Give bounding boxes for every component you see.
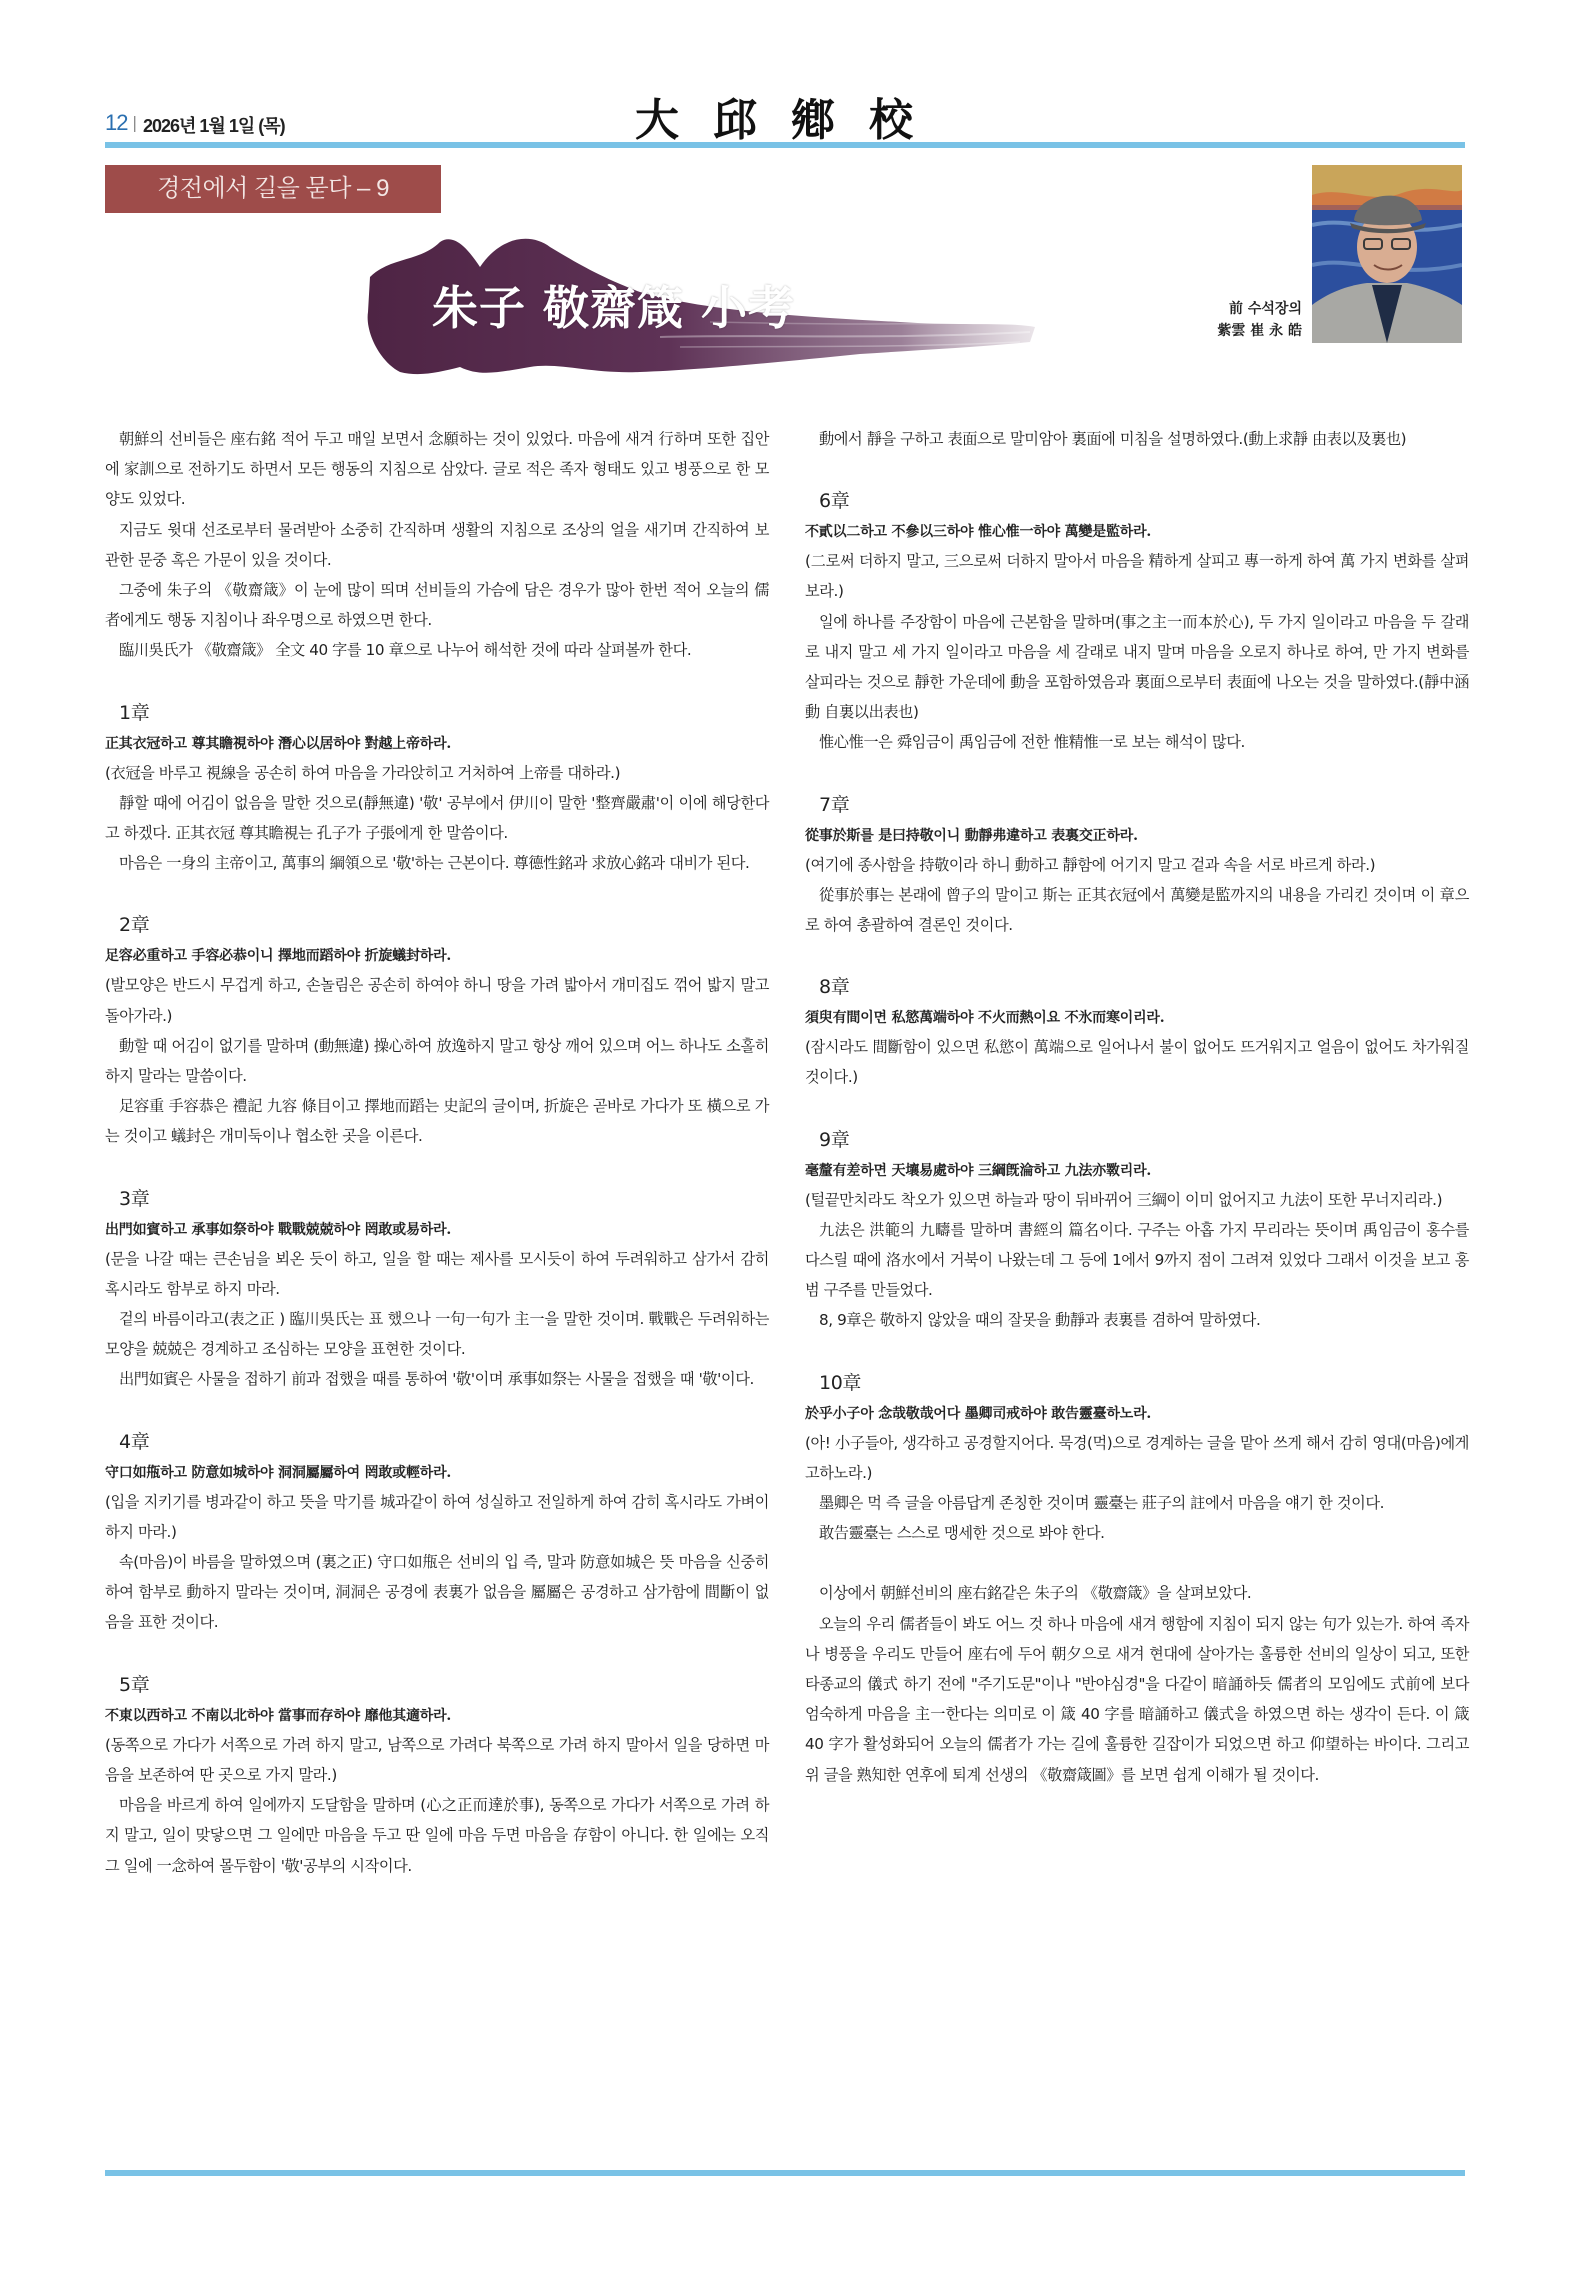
chapter-title: 2章 [105, 908, 769, 942]
chapter-translation: (문을 나갈 때는 큰손님을 뵈온 듯이 하고, 일을 할 때는 제사를 모시듯… [105, 1244, 769, 1304]
chapter-commentary: 일에 하나를 주장함이 마음에 근본함을 말하며(事之主一而本於心), 두 가지… [805, 607, 1469, 728]
chapter-verse: 正其衣冠하고 尊其瞻視하야 潛心以居하야 對越上帝하라. [105, 730, 769, 758]
author-name: 紫雲 崔 永 皓 [1217, 320, 1302, 342]
issue-date: 2026년 1월 1일 (목) [143, 112, 285, 138]
article-title: 朱子 敬齋箴 小考 [432, 272, 795, 338]
chapter-translation: (잠시라도 間斷함이 있으면 私慾이 萬端으로 일어나서 불이 없어도 뜨거워지… [805, 1032, 1469, 1092]
chapter-2: 2章 足容必重하고 手容必恭이니 擇地而蹈하야 折旋蟻封하라. (발모양은 반드… [105, 908, 769, 1151]
masthead: 12 | 2026년 1월 1일 (목) 大邱鄕校 [105, 82, 1465, 142]
article-column-right: 動에서 靜을 구하고 表面으로 말미암아 裏面에 미침을 설명하였다.(動上求靜… [805, 424, 1469, 1790]
chapter-commentary: 敢告靈臺는 스스로 맹세한 것으로 봐야 한다. [805, 1518, 1469, 1548]
chapter-title: 9章 [805, 1123, 1469, 1157]
chapter-5: 5章 不東以西하고 不南以北하야 當事而存하야 靡他其適하라. (동쪽으로 가다… [105, 1668, 769, 1881]
chapter-verse: 毫釐有差하면 天壤易處하야 三綱旣淪하고 九法亦斁리라. [805, 1157, 1469, 1185]
chapter-title: 7章 [805, 788, 1469, 822]
chapter-commentary: 墨卿은 먹 즉 글을 아름답게 존칭한 것이며 靈臺는 莊子의 註에서 마음을 … [805, 1488, 1469, 1518]
chapter-verse: 足容必重하고 手容必恭이니 擇地而蹈하야 折旋蟻封하라. [105, 942, 769, 970]
chapter-commentary: 속(마음)이 바름을 말하였으며 (裏之正) 守口如甁은 선비의 입 즉, 말과… [105, 1547, 769, 1638]
chapter-7: 7章 從事於斯를 是曰持敬이니 動靜弗違하고 表裏交正하라. (여기에 종사함을… [805, 788, 1469, 941]
chapter-translation: (입을 지키기를 병과같이 하고 뜻을 막기를 城과같이 하여 성실하고 전일하… [105, 1487, 769, 1547]
chapter-commentary: 出門如賓은 사물을 접하기 前과 접했을 때를 통하여 '敬'이며 承事如祭는 … [105, 1364, 769, 1394]
intro-paragraph: 지금도 윗대 선조로부터 물려받아 소중히 간직하며 생활의 지침으로 조상의 … [105, 515, 769, 575]
chapter-translation: (아! 小子들아, 생각하고 공경할지어다. 묵경(먹)으로 경계하는 글을 맡… [805, 1428, 1469, 1488]
chapter-translation: (여기에 종사함을 持敬이라 하니 動하고 靜함에 어기지 말고 겉과 속을 서… [805, 850, 1469, 880]
chapter-3: 3章 出門如賓하고 承事如祭하야 戰戰兢兢하야 罔敢或易하라. (문을 나갈 때… [105, 1182, 769, 1395]
chapter-title: 1章 [105, 696, 769, 730]
chapter-verse: 從事於斯를 是曰持敬이니 動靜弗違하고 表裏交正하라. [805, 822, 1469, 850]
page-separator: | [132, 113, 137, 132]
author-photo [1312, 165, 1462, 343]
chapter-commentary: 마음은 一身의 主帝이고, 萬事의 綱領으로 '敬'하는 근본이다. 尊德性銘과… [105, 848, 769, 878]
chapter-translation: (동쪽으로 가다가 서쪽으로 가려 하지 말고, 남쪽으로 가려다 북쪽으로 가… [105, 1730, 769, 1790]
chapter-title: 6章 [805, 484, 1469, 518]
chapter-commentary: 마음을 바르게 하여 일에까지 도달함을 말하며 (心之正而達於事), 동쪽으로… [105, 1790, 769, 1881]
chapter-8: 8章 須臾有間이면 私慾萬端하야 不火而熱이요 不氷而寒이리라. (잠시라도 間… [805, 970, 1469, 1092]
chapter-commentary: 動할 때 어김이 없기를 말하며 (動無違) 操心하여 放逸하지 말고 항상 깨… [105, 1031, 769, 1091]
footer-rule [105, 2170, 1465, 2176]
chapter-1: 1章 正其衣冠하고 尊其瞻視하야 潛心以居하야 對越上帝하라. (衣冠을 바루고… [105, 696, 769, 879]
byline: 前 수석장의 紫雲 崔 永 皓 [1217, 298, 1302, 342]
chapter-commentary: 九法은 洪範의 九疇를 말하며 書經의 篇名이다. 구주는 아홉 가지 무리라는… [805, 1215, 1469, 1306]
chapter-commentary: 惟心惟一은 舜임금이 禹임금에 전한 惟精惟一로 보는 해석이 많다. [805, 727, 1469, 757]
chapter-commentary: 動에서 靜을 구하고 表面으로 말미암아 裏面에 미침을 설명하였다.(動上求靜… [805, 424, 1469, 454]
chapter-translation: (털끝만치라도 착오가 있으면 하늘과 땅이 뒤바뀌어 三綱이 이미 없어지고 … [805, 1185, 1469, 1215]
page-number: 12 [105, 110, 127, 136]
intro-paragraph: 臨川吳氏가 《敬齋箴》 全文 40 字를 10 章으로 나누어 해석한 것에 따… [105, 635, 769, 665]
chapter-translation: (二로써 더하지 말고, 三으로써 더하지 말아서 마음을 精하게 살피고 專一… [805, 546, 1469, 606]
newspaper-name: 大邱鄕校 [635, 84, 947, 148]
spacer [805, 1548, 1469, 1578]
series-tag: 경전에서 길을 묻다 – 9 [105, 165, 441, 213]
chapter-verse: 於乎小子아 念哉敬哉어다 墨卿司戒하야 敢告靈臺하노라. [805, 1400, 1469, 1428]
intro-paragraph: 그중에 朱子의 《敬齋箴》이 눈에 많이 띄며 선비들의 가슴에 담은 경우가 … [105, 575, 769, 635]
chapter-10: 10章 於乎小子아 念哉敬哉어다 墨卿司戒하야 敢告靈臺하노라. (아! 小子들… [805, 1366, 1469, 1549]
chapter-4: 4章 守口如甁하고 防意如城하야 洞洞屬屬하여 罔敢或輕하라. (입을 지키기를… [105, 1425, 769, 1638]
chapter-title: 3章 [105, 1182, 769, 1216]
chapter-verse: 不貳以二하고 不參以三하야 惟心惟一하야 萬變是監하라. [805, 518, 1469, 546]
chapter-translation: (발모양은 반드시 무겁게 하고, 손놀림은 공손히 하여야 하니 땅을 가려 … [105, 970, 769, 1030]
chapter-title: 4章 [105, 1425, 769, 1459]
author-role: 前 수석장의 [1217, 298, 1302, 320]
chapter-verse: 須臾有間이면 私慾萬端하야 不火而熱이요 不氷而寒이리라. [805, 1004, 1469, 1032]
article-column-left: 朝鮮의 선비들은 座右銘 적어 두고 매일 보면서 念願하는 것이 있었다. 마… [105, 424, 769, 1881]
chapter-verse: 守口如甁하고 防意如城하야 洞洞屬屬하여 罔敢或輕하라. [105, 1459, 769, 1487]
chapter-9: 9章 毫釐有差하면 天壤易處하야 三綱旣淪하고 九法亦斁리라. (털끝만치라도 … [805, 1123, 1469, 1336]
chapter-commentary: 從事於事는 본래에 曾子의 말이고 斯는 正其衣冠에서 萬變是監까지의 내용을 … [805, 880, 1469, 940]
chapter-translation: (衣冠을 바루고 視線을 공손히 하여 마음을 가라앉히고 거처하여 上帝를 대… [105, 758, 769, 788]
chapter-commentary: 겉의 바름이라고(表之正 ) 臨川吳氏는 표 했으나 一句一句가 主一을 말한 … [105, 1304, 769, 1364]
conclusion-paragraph: 오늘의 우리 儒者들이 봐도 어느 것 하나 마음에 새겨 행함에 지침이 되지… [805, 1609, 1469, 1790]
chapter-commentary: 靜할 때에 어김이 없음을 말한 것으로(靜無違) '敬' 공부에서 伊川이 말… [105, 788, 769, 848]
chapter-verse: 不東以西하고 不南以北하야 當事而存하야 靡他其適하라. [105, 1702, 769, 1730]
conclusion-paragraph: 이상에서 朝鮮선비의 座右銘같은 朱子의 《敬齋箴》을 살펴보았다. [805, 1578, 1469, 1608]
chapter-commentary: 足容重 手容恭은 禮記 九容 條目이고 擇地而蹈는 史記의 글이며, 折旋은 곧… [105, 1091, 769, 1151]
chapter-verse: 出門如賓하고 承事如祭하야 戰戰兢兢하야 罔敢或易하라. [105, 1216, 769, 1244]
chapter-title: 10章 [805, 1366, 1469, 1400]
chapter-title: 8章 [805, 970, 1469, 1004]
chapter-commentary: 8, 9章은 敬하지 않았을 때의 잘못을 動靜과 表裏를 겸하여 말하였다. [805, 1305, 1469, 1335]
chapter-6: 6章 不貳以二하고 不參以三하야 惟心惟一하야 萬變是監하라. (二로써 더하지… [805, 484, 1469, 757]
header-rule [105, 142, 1465, 148]
chapter-title: 5章 [105, 1668, 769, 1702]
intro-paragraph: 朝鮮의 선비들은 座右銘 적어 두고 매일 보면서 念願하는 것이 있었다. 마… [105, 424, 769, 515]
